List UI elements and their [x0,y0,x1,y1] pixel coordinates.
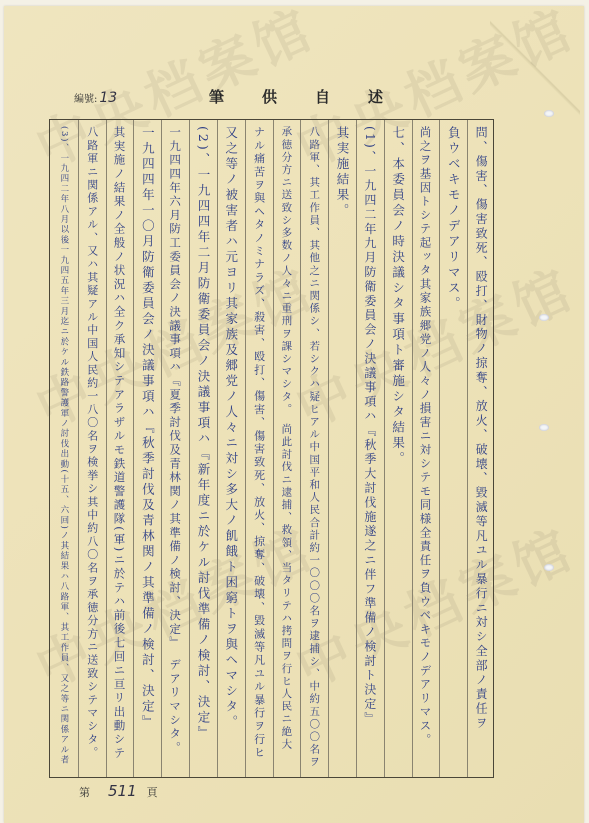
column-rule [161,120,162,777]
handwritten-line: (2)、一九四四年二月防衛委員会ノ決議事項ハ『新年度ニ於ケル討伐準備ノ検討、決定… [196,126,210,742]
column-rule [412,120,413,777]
page-title: 筆供自述 [209,86,421,107]
column-rule [467,120,468,777]
handwritten-line: ナル痛苦ヲ與ヘタノミナラズ、殺害、殴打、傷害、傷害致死、放火、掠奪、破壊、毀滅等… [252,126,266,760]
page-prefix: 第 [79,786,90,799]
handwritten-line: 其実施ノ結果ノ全般ノ状況ハ全ク承知シテアラザルモ鉄道警護隊(軍)ニ於テハ前後七回… [113,126,127,761]
column-rule [133,120,134,777]
handwritten-line: 一九四四年六月防工委員会ノ決議事項ハ『夏季討伐及青林関ノ其準備ノ検討、決定』 デ… [168,126,182,755]
punch-hole [544,564,554,571]
column-rule [273,120,274,777]
handwritten-line: 負ウベキモノデアリマス。 [446,126,460,312]
handwritten-line: (3)、一九四二年八月以後一九四五年三月迄ニ於ケル鉄路警護軍ノ討伐出動(十五、六… [57,126,71,765]
punch-hole [539,314,549,321]
punch-hole [539,424,549,431]
handwritten-line: 其実施結果。 [335,126,349,219]
serial-value: 13 [99,90,117,106]
handwritten-line: 尚之ヲ基因トシテ起ッタ其家族郷党ノ人々ノ損害ニ対シテモ同様全責任ヲ負ウベキモノデ… [418,126,432,747]
handwritten-line: 一九四四年一〇月防衛委員会ノ決議事項ハ『秋季討伐及青林関ノ其準備ノ検討、決定』 [140,126,154,731]
serial-label: 編號: [74,94,97,105]
column-rule [189,120,190,777]
column-rule [356,120,357,777]
serial-number: 編號:13 [74,90,117,106]
handwritten-line: 七、本委員会ノ時決議シタ事項ト審施シタ結果。 [391,126,405,467]
page-number: 511 [108,782,137,800]
handwritten-line: 八路軍、其工作員、其他之ニ関係シ、若シクハ疑ヒアル中国平和人民合計約一〇〇〇名ヲ… [307,126,321,769]
punch-hole [544,110,554,117]
handwritten-line: 又之等ノ被害者ハ元ヨリ其家族及郷党ノ人々ニ対シ多大ノ飢餓ト困窮トヲ與ヘマシタ。 [224,126,238,731]
column-rule [300,120,301,777]
column-rule [106,120,107,777]
handwritten-line: 承徳分方ニ送致シ多数ノ人々ニ重刑ヲ課シマシタ。 尚此討伐ニ逮捕、救領、当タリテハ… [279,126,293,751]
page-suffix: 頁 [147,786,158,799]
page-footer: 第511頁 [79,782,158,800]
column-rule [328,120,329,777]
handwritten-line: 問、傷害、傷害致死、殴打、財物ノ掠奪、放火、破壊、毀滅等凡ユル暴行ニ対シ全部ノ責… [474,126,488,731]
column-rule [245,120,246,777]
document-page: 中央档案馆 中央档案馆 中央档案馆 中央档案馆 中央档案馆 中央档案馆 編號:1… [4,6,584,823]
page-fold [490,12,580,122]
column-rule [439,120,440,777]
column-rule [384,120,385,777]
manuscript-grid: 問、傷害、傷害致死、殴打、財物ノ掠奪、放火、破壊、毀滅等凡ユル暴行ニ対シ全部ノ責… [49,119,494,778]
column-rule [78,120,79,777]
handwritten-line: (1)、一九四二年九月防衛委員会ノ決議事項ハ『秋季大討伐施遂之ニ伴フ準備ノ検討ト… [363,126,377,726]
column-rule [217,120,218,777]
handwritten-line: 八路軍ニ関係アル、又ハ其疑アル中国人民約一八〇名ヲ検挙シ其中約八〇名ヲ承徳分方ニ… [85,126,99,760]
